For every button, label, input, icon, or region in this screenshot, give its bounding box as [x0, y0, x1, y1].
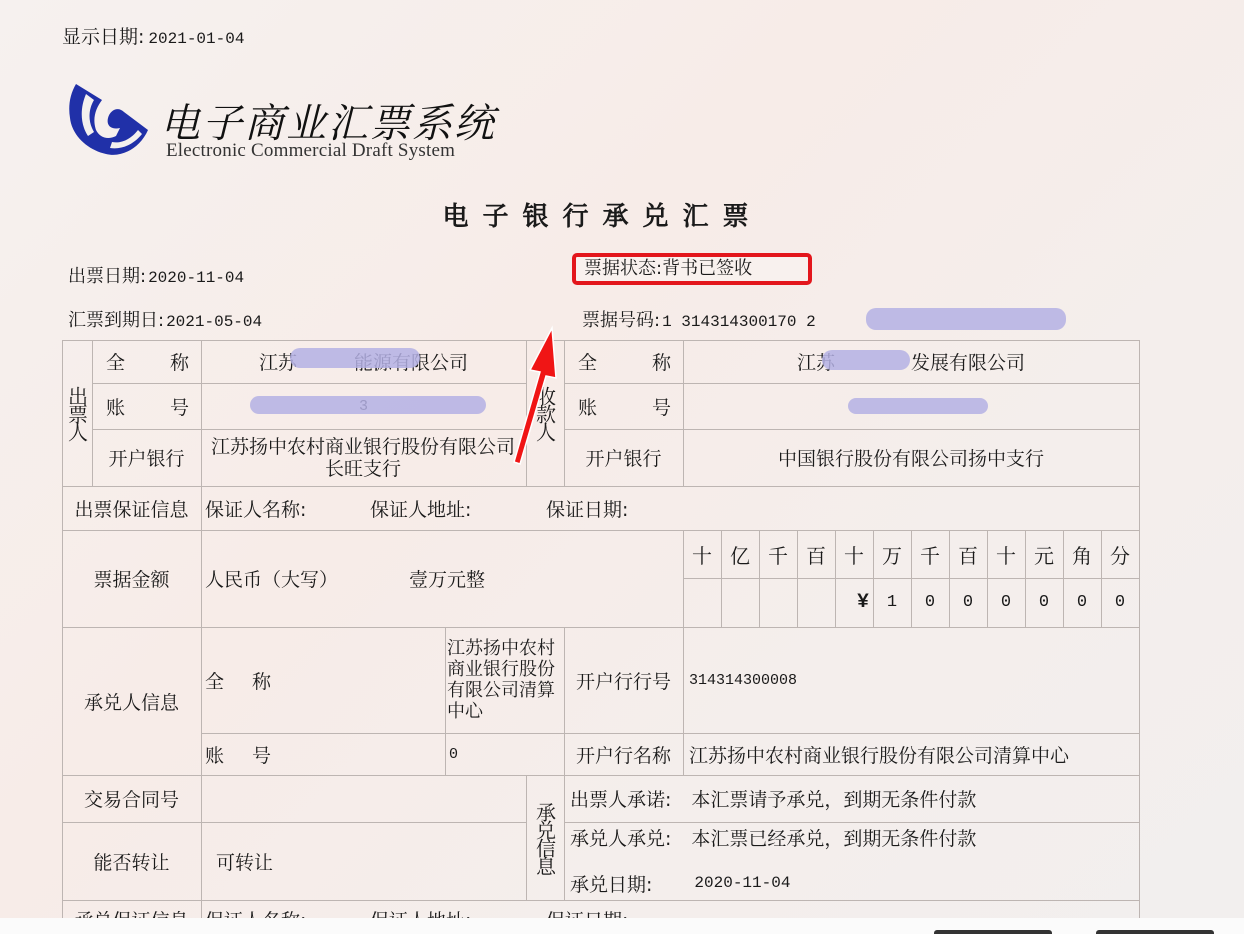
- contract-no-value: [201, 775, 526, 822]
- amount-in-words: 壹万元整: [405, 530, 605, 627]
- transferable-label: 能否转让: [62, 822, 201, 900]
- redaction-mask: [848, 398, 988, 414]
- digit-value: 0: [911, 578, 949, 627]
- label-char: 号: [170, 393, 189, 420]
- drawer-section-label: 出票人: [62, 340, 92, 486]
- drawer-bank-label: 开户银行: [92, 429, 201, 486]
- drawer-promise-label: 出票人承诺:: [570, 785, 671, 812]
- label-char: 号: [652, 393, 671, 420]
- digit-header: 角: [1063, 530, 1101, 578]
- acceptor-acceptance-value: 本汇票已经承兑，到期无条件付款: [691, 824, 976, 851]
- digit-value: 0: [1101, 578, 1139, 627]
- payee-bank-value: 中国银行股份有限公司扬中支行: [683, 429, 1139, 486]
- display-date-label: 显示日期:: [62, 26, 144, 48]
- label-char: 称: [170, 348, 189, 375]
- label-char: 称: [652, 348, 671, 375]
- digit-value: 0: [1025, 578, 1063, 627]
- acceptor-full-name-label: 全称: [205, 627, 305, 733]
- accept-date: 承兑日期:2020-11-04: [566, 866, 1139, 900]
- acceptor-account-value: 0: [445, 733, 564, 775]
- display-date-value: 2021-01-04: [148, 30, 244, 48]
- acceptor-bank-no-label: 开户行行号: [564, 627, 683, 733]
- redaction-mask: [250, 396, 486, 414]
- digit-header: 百: [797, 530, 835, 578]
- overlay-button[interactable]: [1096, 930, 1214, 934]
- acceptor-section-label: 承兑人信息: [62, 627, 201, 775]
- digit-value: 0: [987, 578, 1025, 627]
- digit-header: 百: [949, 530, 987, 578]
- acceptor-full-name-value: 江苏扬中农村商业银行股份有限公司清算中心: [447, 627, 561, 733]
- acceptor-bank-no-value: 314314300008: [685, 627, 985, 733]
- drawer-guarantor-address-label: 保证人地址:: [366, 486, 526, 530]
- due-date: 汇票到期日:2021-05-04: [68, 306, 262, 332]
- bottom-overlay: [0, 918, 1244, 934]
- digit-header: 十: [683, 530, 721, 578]
- document-title: 电子银行承兑汇票: [0, 196, 1205, 233]
- accept-date-value: 2020-11-04: [694, 874, 790, 892]
- digit-value: [797, 578, 835, 627]
- digit-value: 0: [949, 578, 987, 627]
- label-char: 账: [578, 393, 597, 420]
- ecds-logo-icon: [62, 78, 154, 162]
- payee-bank-label: 开户银行: [564, 429, 683, 486]
- issue-date-label: 出票日期:: [68, 266, 146, 287]
- bill-status-value: 背书已签收: [662, 258, 752, 279]
- bill-number-value: 1 314314300170 2: [662, 313, 816, 331]
- digit-value: [721, 578, 759, 627]
- acceptor-bank-name-value: 江苏扬中农村商业银行股份有限公司清算中心: [685, 733, 1139, 775]
- due-date-label: 汇票到期日:: [68, 310, 164, 331]
- payee-account-label: 账号: [564, 383, 683, 429]
- digit-header: 元: [1025, 530, 1063, 578]
- digit-value: [683, 578, 721, 627]
- drawer-promise-value: 本汇票请予承兑，到期无条件付款: [691, 785, 976, 812]
- digit-header: 千: [911, 530, 949, 578]
- digit-header: 十: [835, 530, 873, 578]
- digit-header: 亿: [721, 530, 759, 578]
- payee-full-name-value: 江苏 发展有限公司: [683, 340, 1139, 383]
- acceptor-acceptance-label: 承兑人承兑:: [570, 824, 671, 851]
- digit-value: 0: [1063, 578, 1101, 627]
- redaction-mask: [290, 348, 420, 368]
- label-char: 账: [205, 741, 224, 768]
- drawer-full-name-label: 全称: [92, 340, 201, 383]
- bill-status-highlight: 票据状态:背书已签收: [572, 253, 812, 285]
- redaction-mask: [822, 350, 910, 370]
- digit-value: [759, 578, 797, 627]
- issue-date: 出票日期:2020-11-04: [68, 262, 244, 288]
- digit-value: 1: [873, 578, 911, 627]
- grid-line: [564, 775, 565, 900]
- digit-header: 千: [759, 530, 797, 578]
- bill-status-label: 票据状态:: [584, 258, 662, 279]
- label-char: 号: [252, 741, 271, 768]
- acceptor-bank-name-label: 开户行名称: [564, 733, 683, 775]
- digit-header: 万: [873, 530, 911, 578]
- drawer-guarantee-label: 出票保证信息: [62, 486, 201, 530]
- issue-date-value: 2020-11-04: [148, 269, 244, 287]
- drawer-promise: 出票人承诺:本汇票请予承兑，到期无条件付款: [566, 775, 1139, 822]
- drawer-account-label: 账号: [92, 383, 201, 429]
- label-char: 称: [252, 667, 271, 694]
- acceptor-acceptance: 承兑人承兑:本汇票已经承兑，到期无条件付款: [566, 822, 1139, 852]
- label-char: 全: [578, 348, 597, 375]
- drawer-bank-value: 江苏扬中农村商业银行股份有限公司长旺支行: [205, 429, 521, 486]
- digit-value: ¥: [835, 578, 873, 627]
- redaction-mask: [866, 308, 1066, 330]
- digit-header: 分: [1101, 530, 1139, 578]
- payee-full-name-label: 全称: [564, 340, 683, 383]
- digit-header: 十: [987, 530, 1025, 578]
- display-date: 显示日期:2021-01-04: [62, 22, 244, 49]
- label-char: 全: [205, 667, 224, 694]
- transferable-value: 可转让: [212, 822, 512, 900]
- due-date-value: 2021-05-04: [166, 313, 262, 331]
- red-arrow-icon: [500, 320, 570, 470]
- bill-number-label: 票据号码:: [582, 310, 660, 331]
- system-name-en: Electronic Commercial Draft System: [166, 140, 455, 162]
- drawer-guarantee-date-label: 保证日期:: [542, 486, 702, 530]
- overlay-button[interactable]: [934, 930, 1052, 934]
- label-char: 全: [106, 348, 125, 375]
- accept-date-label: 承兑日期:: [570, 870, 652, 897]
- contract-no-label: 交易合同号: [62, 775, 201, 822]
- grid-line: [1139, 340, 1140, 920]
- amount-currency-label: 人民币（大写）: [201, 530, 401, 627]
- amount-label: 票据金额: [62, 530, 201, 627]
- bill-number: 票据号码:1 314314300170 2: [582, 306, 816, 332]
- acceptance-section-label: 承兑信息: [526, 775, 564, 900]
- label-char: 账: [106, 393, 125, 420]
- drawer-guarantor-name-label: 保证人名称:: [201, 486, 361, 530]
- acceptor-account-label: 账号: [205, 733, 305, 775]
